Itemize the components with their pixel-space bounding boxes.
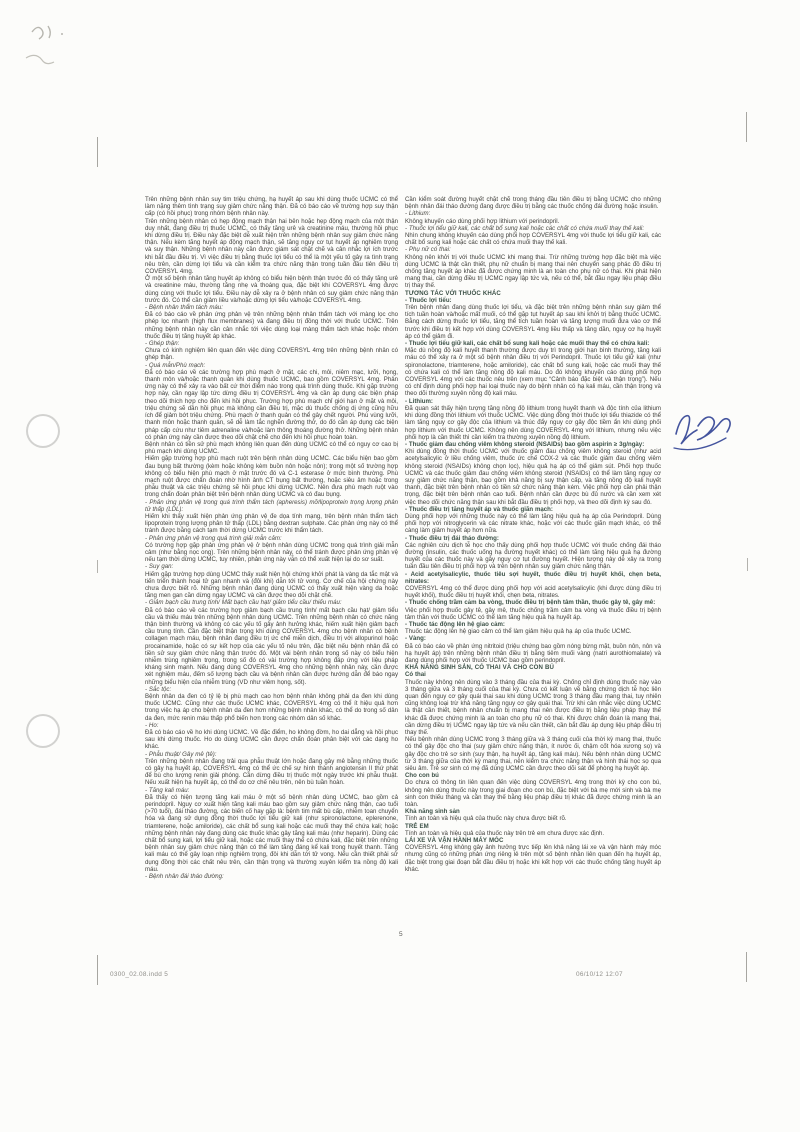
paragraph: Khi dùng đồng thời thuốc UCMC với thuốc … [405, 448, 661, 506]
paragraph: Đã có báo cáo về phản ứng nitritoid (tri… [405, 643, 661, 665]
paragraph: Trên những bệnh nhân có hẹp động mạch th… [145, 218, 398, 276]
paragraph: COVERSYL 4mg không gây ảnh hưởng trực ti… [405, 844, 661, 873]
item-heading: - Bệnh nhân đái tháo đường: [145, 873, 398, 880]
paragraph: Đã quan sát thấy hiện tượng tăng nồng độ… [405, 405, 661, 441]
hole-punch-lower [26, 714, 60, 748]
crop-mark-top-right [746, 112, 747, 142]
blue-ink-signature [664, 396, 750, 468]
item-heading: - Thuốc lợi tiểu giữ kali, các chất bổ s… [405, 225, 661, 232]
item-heading: - Thuốc điều trị đái tháo đường: [405, 535, 661, 542]
page-number: 5 [399, 931, 403, 938]
crop-mark-top-left [97, 137, 98, 167]
item-heading: - Ghép thận: [145, 340, 398, 347]
paragraph: Thuốc này không nên dùng vào 3 tháng đầu… [405, 679, 661, 737]
item-heading: - Phản ứng phản vệ trong quá trình thẩm … [145, 499, 398, 513]
paragraph: Đã có báo cáo về phản ứng phản vệ trên n… [145, 311, 398, 340]
paragraph: Tính an toàn và hiệu quả của thuốc này t… [405, 830, 661, 837]
paragraph: COVERSYL 4mg có thể được dùng phối hợp v… [405, 585, 661, 599]
item-heading: - Ho: [145, 722, 398, 729]
text-column-left: Trên những bệnh nhân suy tim triệu chứng… [145, 196, 398, 880]
paragraph: Thuốc tác động lên hệ giao cảm có thể là… [405, 628, 661, 635]
paragraph: Tính an toàn và hiệu quả của thuốc này c… [405, 815, 661, 822]
paragraph: Đã có báo cáo về các trường hợp phù mạch… [145, 369, 398, 441]
item-heading: - Thuốc điều trị tăng huyết áp và thuốc … [405, 506, 661, 513]
item-heading: - Thuốc giảm đau chống viêm không steroi… [405, 441, 661, 448]
paragraph: Mặc dù nồng độ kali huyết thanh thường đ… [405, 347, 661, 397]
pencil-scribble-annotation [18, 18, 96, 84]
item-heading: - Thuốc lợi tiểu giữ kali, các chất bổ s… [405, 340, 661, 347]
paragraph: Hiếm khi thấy xuất hiện phản ứng phản vệ… [145, 513, 398, 535]
item-heading: - Thuốc chống trầm cảm ba vòng, thuốc đi… [405, 599, 661, 606]
paragraph: Đã thấy có hiện tượng tăng kali máu ở mộ… [145, 794, 398, 873]
paragraph: Trên bệnh nhân đang dùng thuốc lợi tiểu,… [405, 304, 661, 340]
paragraph: Bệnh nhân da đen có tỷ lệ bị phù mạch ca… [145, 693, 398, 722]
paragraph: Đã có báo cáo về các trường hợp giảm bạc… [145, 607, 398, 686]
item-heading: - Bệnh nhân thẩm tách máu: [145, 304, 398, 311]
paragraph: Nhìn chung không khuyến cáo dùng phối hợ… [405, 232, 661, 246]
item-heading: - Lithium: [405, 398, 661, 405]
paragraph: Bệnh nhân có tiền sử phù mạch không liên… [145, 441, 398, 455]
item-heading: - Phụ nữ có thai: [405, 246, 661, 253]
footer-timestamp: 06/10/12 12:07 [576, 971, 623, 978]
paragraph: Hiếm gặp trường hợp dùng UCMC thấy xuất … [145, 571, 398, 600]
paragraph: Chưa có kinh nghiệm liên quan đến việc d… [145, 347, 398, 361]
paragraph: Trên những bệnh nhân đang trải qua phẫu … [145, 758, 398, 787]
item-heading: Có thai [405, 671, 661, 678]
paragraph: Có trường hợp gặp phản ứng phản vệ ở bện… [145, 542, 398, 564]
item-heading: - Suy gan: [145, 563, 398, 570]
paragraph: Hiếm gặp trường hợp phù mạch ruột trên b… [145, 455, 398, 498]
crop-mark-mid-left [97, 560, 98, 573]
paragraph: Ở một số bệnh nhân tăng huyết áp không c… [145, 275, 398, 304]
paragraph: Do chưa có thông tin liên quan đến việc … [405, 779, 661, 808]
item-heading: - Phẫu thuật/ Gây mê (tê): [145, 751, 398, 758]
paragraph: Các nghiên cứu dịch tễ học cho thấy dùng… [405, 542, 661, 571]
text-column-right: Cần kiểm soát đường huyết chặt chẽ trong… [405, 196, 661, 873]
paragraph: Cần kiểm soát đường huyết chặt chẽ trong… [405, 196, 661, 210]
item-heading: - Thuốc tác động lên hệ giao cảm: [405, 621, 661, 628]
paragraph: Dùng phối hợp với những thuốc này có thể… [405, 513, 661, 535]
paragraph: Việc phối hợp thuốc gây tê, gây mê, thuố… [405, 607, 661, 621]
footer-filename: 0300_02.08.indd 5 [110, 971, 168, 978]
item-heading: - Giảm bạch cầu trung tính/ Mất bạch cầu… [145, 599, 398, 606]
item-heading: - Tăng kali máu: [145, 787, 398, 794]
item-heading: - Sắc tộc: [145, 686, 398, 693]
item-heading: - Lithium: [405, 210, 661, 217]
item-heading: Cho con bú [405, 772, 661, 779]
paragraph: Nếu bệnh nhân dùng UCMC trong 3 tháng gi… [405, 736, 661, 772]
item-heading: Khả năng sinh sản [405, 808, 661, 815]
section-heading: TRẺ EM [405, 823, 661, 830]
item-heading: - Vàng: [405, 635, 661, 642]
section-heading: KHẢ NĂNG SINH SẢN, CÓ THAI VÀ CHO CON BÚ [405, 664, 661, 671]
paragraph: Không khuyến cáo dùng phối hợp lithium v… [405, 218, 661, 225]
item-heading: - Thuốc lợi tiểu: [405, 297, 661, 304]
crop-mark-bottom-left [97, 955, 98, 985]
paragraph: Không nên khởi trị với thuốc UCMC khi ma… [405, 254, 661, 290]
hole-punch-upper [26, 414, 60, 448]
paragraph: Trên những bệnh nhân suy tim triệu chứng… [145, 196, 398, 218]
crop-mark-mid-right [747, 558, 748, 571]
paragraph: Đã có báo cáo về ho khi dùng UCMC. Về đặ… [145, 729, 398, 751]
section-heading: LÁI XE VÀ VẬN HÀNH MÁY MÓC [405, 837, 661, 844]
section-heading: TƯƠNG TÁC VỚI THUỐC KHÁC [405, 290, 661, 297]
item-heading: - Quá mẫn/Phù mạch: [145, 362, 398, 369]
crop-mark-bottom-right [746, 952, 747, 982]
item-heading: - Acid acetylsalicylic, thuốc tiêu sợi h… [405, 571, 661, 585]
item-heading: - Phản ứng phản vệ trong quá trình giải … [145, 535, 398, 542]
scanned-page: Trên những bệnh nhân suy tim triệu chứng… [0, 0, 800, 1132]
